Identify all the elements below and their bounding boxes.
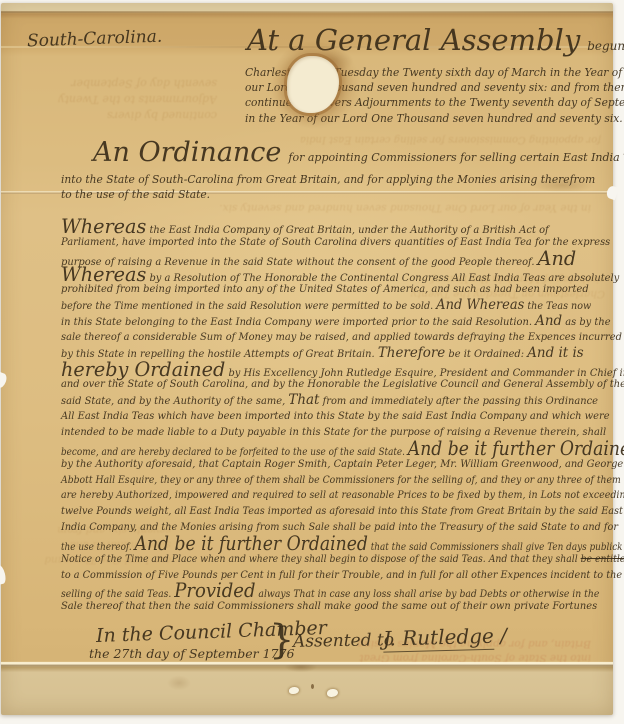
document-photo: { "colors": { "paper": "#dcbc80", "paper… [0,0,624,724]
body-line: Sale thereof that then the said Commissi… [61,599,624,615]
date-line: the 27th day of September 1776 [89,646,294,661]
signature-flourish: / [500,623,507,647]
body-line: prohibited from being imported into any … [61,282,624,298]
body-line: said State, and by the Authority of the … [61,393,624,409]
body-text-segment: the Teas now [524,300,591,312]
ordinance-subtitle: into the State of South-Carolina from Gr… [61,173,595,202]
manuscript-paper: for appointing Commissioners for selling… [1,3,613,715]
body-text-segment: Abbott Hall Esquire, they or any three o… [61,474,621,486]
body-line: Whereas by a Resolution of The Honorable… [61,267,624,283]
body-text-segment: And it is [527,345,583,361]
body-text-segment: from and immediately after the passing t… [319,395,598,407]
body-text-segment: be entitled [581,553,624,565]
body-line: the use thereof. And be it further Ordai… [61,536,624,552]
body-line: sale thereof a considerable Sum of Money… [61,330,624,346]
body-line: and over the State of South Carolina, an… [61,377,624,393]
body-text-segment: Parliament, have imported into the State… [61,236,610,248]
body-text-segment: Notice of the Time and Place when and wh… [61,553,581,565]
body-text-segment: Therefore [378,345,445,361]
body-text-segment: Sale thereof that then the said Commissi… [61,600,597,612]
closing-brace: } [269,617,294,663]
edge-tear [0,564,7,584]
body-text-segment: And [535,313,562,329]
body-line: twelve Pounds weight, all East India Tea… [61,504,624,520]
edge-tear [0,372,8,389]
body-text-segment: said State, and by the Authority of the … [61,395,288,407]
signature-name: J. Rutledge [383,624,494,653]
body-text-segment: And Whereas [436,297,524,313]
body-text-segment: to a Commission of Five Pounds per Cent … [61,569,622,581]
bleedthrough-text: continued by divers Adjournments to the … [49,59,217,123]
body-text-segment: be it Ordained: [445,348,527,360]
body-text-segment: prohibited from being imported into any … [61,283,589,295]
ordinance-title-large: An Ordinance [93,137,281,168]
body-line: to a Commission of Five Pounds per Cent … [61,568,624,584]
paper-hole-small [289,687,299,694]
body-text-segment: All East India Teas which have been impo… [61,410,610,422]
body-line: hereby Ordained by His Excellency John R… [61,362,624,378]
body-text-segment: twelve Pounds weight, all East India Tea… [61,505,623,517]
fold-crease [1,662,613,667]
body-text-segment: by the Authority aforesaid, that Captain… [61,458,623,470]
rutledge-signature: J. Rutledge / [383,623,508,650]
body-line: Whereas the East India Company of Great … [61,219,624,235]
body-text-segment: are hereby Authorized, impowered and req… [61,489,624,501]
body-line: Notice of the Time and Place when and wh… [61,552,624,568]
body-text-segment: sale thereof a considerable Sum of Money… [61,331,622,343]
assembly-heading-small: begun and holden at [587,39,624,53]
body-text-segment: before the Time mentioned in the said Re… [61,300,436,312]
body-line: become, and are hereby declared to be fo… [61,441,624,457]
body-line: in this State belonging to the East Indi… [61,314,624,330]
paper-hole-small [327,689,338,697]
ordinance-title-rest: for appointing Commissioners for selling… [288,151,624,164]
ink-speck [311,684,314,689]
assent-label: Assented to [293,630,394,652]
body-line: All East India Teas which have been impo… [61,409,624,425]
body-text-segment: in this State belonging to the East Indi… [61,316,535,328]
ordinance-body: Whereas the East India Company of Great … [61,219,624,615]
body-line: by the Authority aforesaid, that Captain… [61,457,624,473]
body-text-segment: as by the [562,316,610,328]
body-line: before the Time mentioned in the said Re… [61,298,624,314]
body-text-segment: and over the State of South Carolina, an… [61,378,624,390]
ordinance-title: An Ordinance for appointing Commissioner… [93,137,624,168]
body-line: selling of the said Teas. Provided alway… [61,583,624,599]
ordinance-subtitle-line: to the use of the said State. [61,188,595,203]
body-line: Abbott Hall Esquire, they or any three o… [61,473,624,489]
body-text-segment: That [288,392,319,408]
ordinance-subtitle-line: into the State of South-Carolina from Gr… [61,173,595,188]
body-line: are hereby Authorized, impowered and req… [61,488,624,504]
fold-crease [1,11,613,13]
edge-tear [605,185,619,200]
